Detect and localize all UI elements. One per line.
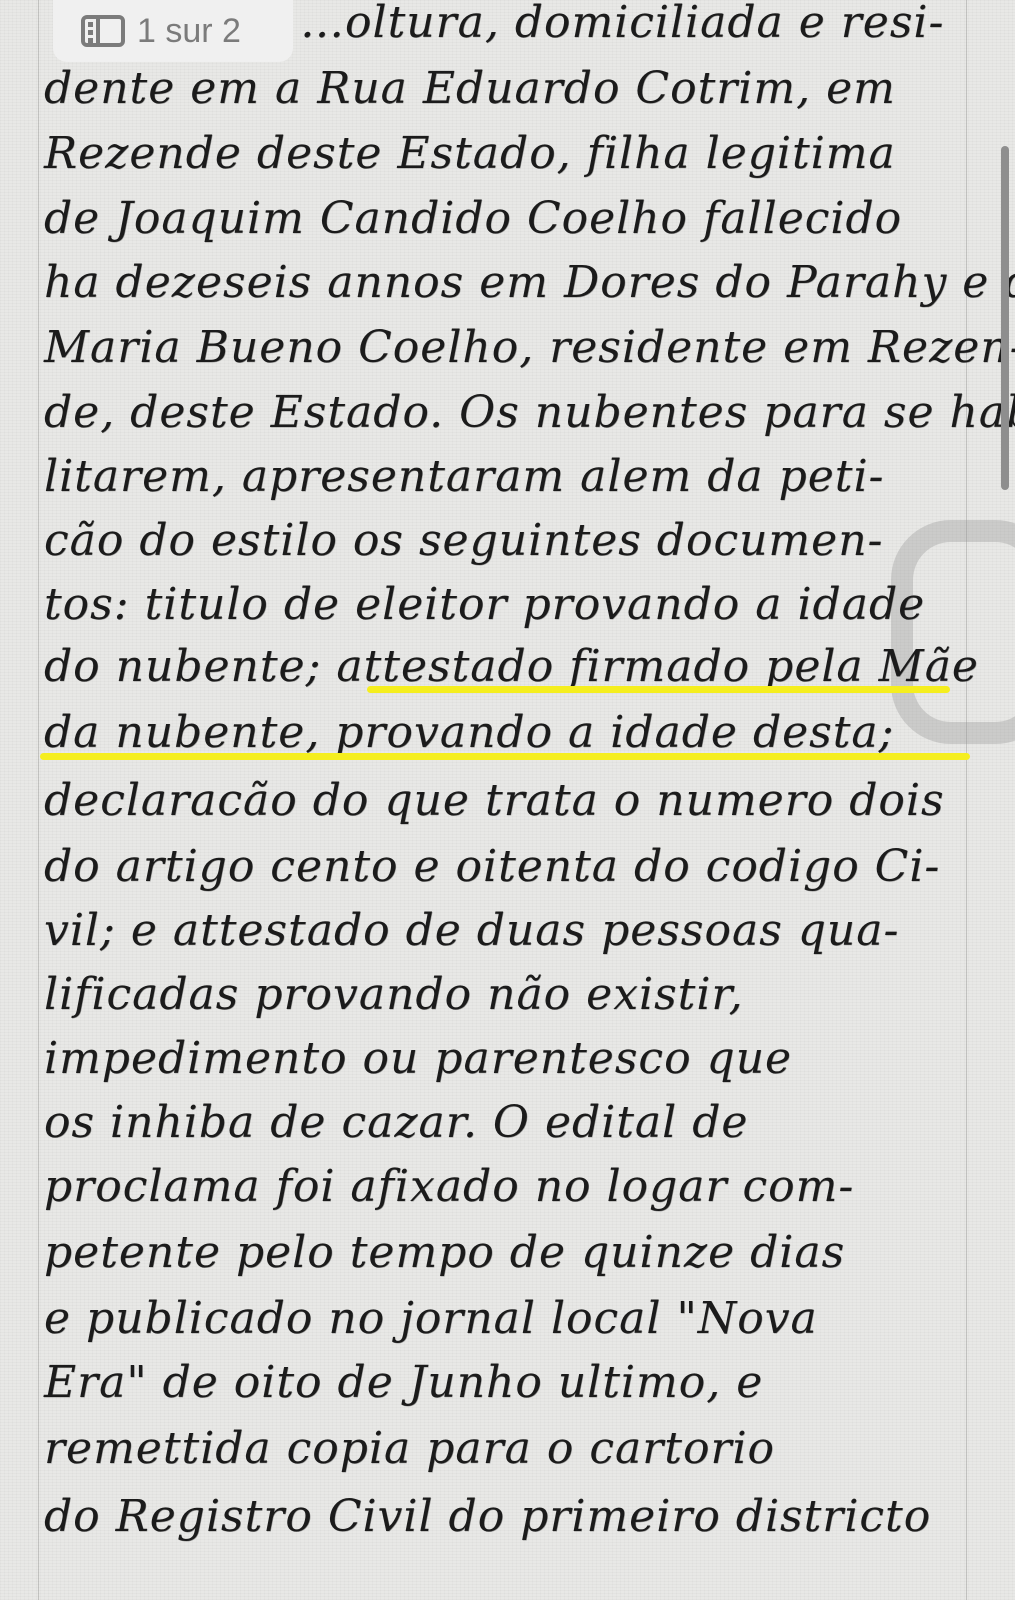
text-line: de, deste Estado. Os nubentes para se ha…: [44, 380, 975, 446]
text-line: tos: titulo de eleitor provando a idade: [44, 572, 975, 638]
text-line: Maria Bueno Coelho, residente em Rezen-: [44, 315, 975, 381]
text-line: impedimento ou parentesco que: [44, 1026, 975, 1092]
sidebar-icon[interactable]: [81, 15, 125, 47]
text-line: vil; e attestado de duas pessoas qua-: [44, 898, 975, 964]
page-count-label: 1 sur 2: [137, 12, 241, 51]
text-line: dente em a Rua Eduardo Cotrim, em: [44, 56, 975, 122]
text-line: …oltura, domiciliada e resi-: [300, 0, 975, 56]
highlight-underline: [40, 753, 970, 760]
text-line: do Registro Civil do primeiro districto: [44, 1484, 975, 1550]
text-line: litarem, apresentaram alem da peti-: [44, 444, 975, 510]
highlight-underline: [367, 686, 950, 693]
text-line: do artigo cento e oitenta do codigo Ci-: [44, 834, 975, 900]
text-line: remettida copia para o cartorio: [44, 1416, 975, 1482]
vertical-scrollbar[interactable]: [1001, 146, 1009, 490]
text-line: lificadas provando não existir,: [44, 962, 975, 1028]
document-page: …oltura, domiciliada e resi- dente em a …: [0, 0, 1015, 1600]
text-line: ha dezeseis annos em Dores do Parahy e d…: [44, 250, 975, 316]
text-line: de Joaquim Candido Coelho fallecido: [44, 186, 975, 252]
page-indicator[interactable]: 1 sur 2: [53, 0, 293, 62]
text-line: declaracão do que trata o numero dois: [44, 768, 975, 834]
text-line: Era" de oito de Junho ultimo, e: [44, 1350, 975, 1416]
text-line: petente pelo tempo de quinze dias: [44, 1220, 975, 1286]
text-line: Rezende deste Estado, filha legitima: [44, 121, 975, 187]
text-line: os inhiba de cazar. O edital de: [44, 1090, 975, 1156]
text-line: e publicado no jornal local "Nova: [44, 1286, 975, 1352]
margin-rule-left: [38, 0, 39, 1600]
text-line: cão do estilo os seguintes documen-: [44, 508, 975, 574]
text-line: proclama foi afixado no logar com-: [44, 1154, 975, 1220]
